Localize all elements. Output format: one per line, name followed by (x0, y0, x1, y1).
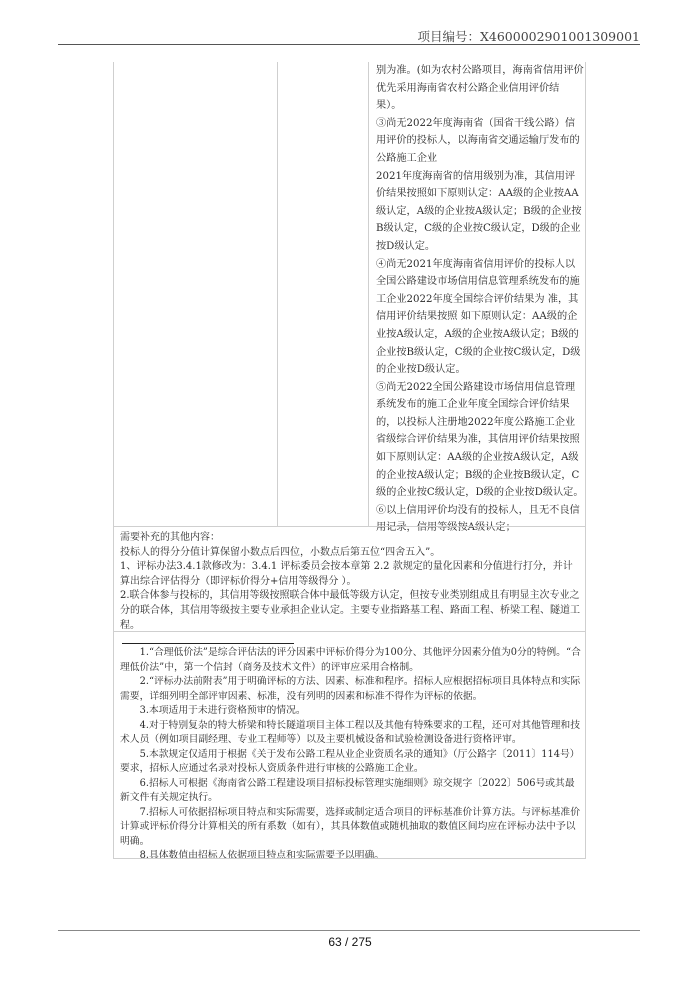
footnote-separator (122, 643, 294, 644)
credit-paragraph: ③尚无2022年度海南省（国省干线公路）信用评价的投标人，以海南省交通运输厅发布… (376, 115, 584, 168)
page-number: 63 / 275 (0, 935, 700, 949)
credit-paragraph: ④尚无2021年度海南省信用评价的投标人以全国公路建设市场信用信息管理系统发布的… (376, 256, 584, 379)
table-border-right (585, 526, 586, 858)
supplement-title: 需要补充的其他内容： (120, 531, 582, 546)
supplement-line: 投标人的得分分值计算保留小数点后四位，小数点后第五位“四舍五入”。 (120, 546, 582, 561)
footnote-item: 6.招标人可根据《海南省公路工程建设项目招标投标管理实施细则》琼交规字〔2022… (120, 777, 582, 806)
supplement-line: 1、评标办法3.4.1款修改为：3.4.1 评标委员会按本章第 2.2 款规定的… (120, 560, 582, 589)
credit-paragraph: ⑤尚无2022全国公路建设市场信用信息管理系统发布的施工企业年度全国综合评价结果… (376, 379, 584, 502)
footnotes: 1.“合理低价法”是综合评估法的评分因素中评标价得分为100分、其他评分因素分值… (120, 646, 582, 864)
table-column-divider-2 (368, 62, 369, 526)
table-border-bottom (113, 858, 586, 859)
credit-paragraph: 2021年度海南省的信用级别为准，其信用评价结果按照如下原则认定：AA级的企业按… (376, 168, 584, 256)
credit-rating-criteria-cell: 别为准。(如为农村公路项目，海南省信用评价优先采用海南省农村公路企业信用评价结果… (376, 62, 584, 537)
footnote-item: 7.招标人可依据招标项目特点和实际需要，选择或制定适合项目的评标基准价计算方法。… (120, 806, 582, 850)
table-border-left (113, 62, 114, 526)
row-divider (113, 631, 586, 632)
table-border-left (113, 526, 114, 858)
table-border-right (585, 62, 586, 526)
footnote-item: 2.“评标办法前附表”用于明确评标的方法、因素、标准和程序。招标人应根据招标项目… (120, 675, 582, 704)
footnote-item: 8.具体数值由招标人依据项目特点和实际需要予以明确。 (120, 849, 582, 864)
footnote-item: 4.对于特别复杂的特大桥梁和特长隧道项目主体工程以及其他有特殊要求的工程，还可对… (120, 719, 582, 748)
footer-divider (58, 930, 640, 931)
row-divider (113, 526, 586, 527)
footnote-item: 1.“合理低价法”是综合评估法的评分因素中评标价得分为100分、其他评分因素分值… (120, 646, 582, 675)
table-column-divider-1 (277, 62, 278, 526)
footnote-item: 3.本项适用于未进行资格预审的情况。 (120, 704, 582, 719)
project-number: 项目编号：X4600002901001309001 (417, 27, 640, 45)
credit-paragraph: 别为准。(如为农村公路项目，海南省信用评价优先采用海南省农村公路企业信用评价结果… (376, 62, 584, 115)
supplement-line: 2.联合体参与投标的，其信用等级按照联合体中最低等级方认定，但按专业类别组成且有… (120, 589, 582, 633)
header-divider (58, 44, 640, 45)
footnote-item: 5.本款规定仅适用于根据《关于发布公路工程从业企业资质名录的通知》（厅公路字〔2… (120, 748, 582, 777)
supplementary-content: 需要补充的其他内容： 投标人的得分分值计算保留小数点后四位，小数点后第五位“四舍… (120, 531, 582, 633)
